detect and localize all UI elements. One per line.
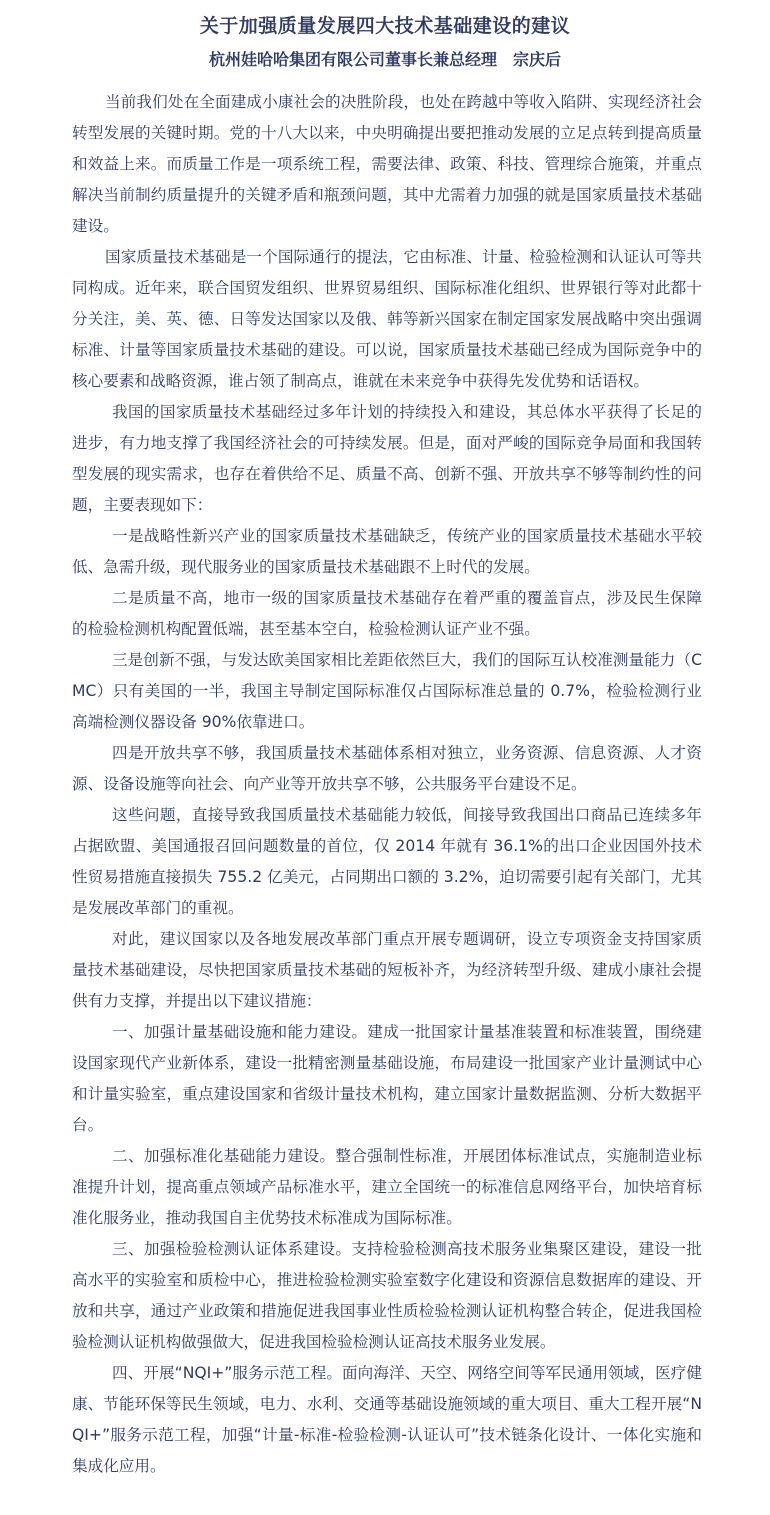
paragraph-issue-2: 二是质量不高，地市一级的国家质量技术基础存在着严重的覆盖盲点，涉及民生保障的检验… xyxy=(72,583,702,645)
paragraph-nqi-definition: 国家质量技术基础是一个国际通行的提法，它由标准、计量、检验检测和认证认可等共同构… xyxy=(72,242,702,397)
document-title: 关于加强质量发展四大技术基础建设的建议 xyxy=(0,12,770,40)
document-page: 关于加强质量发展四大技术基础建设的建议 杭州娃哈哈集团有限公司董事长兼总经理 宗… xyxy=(0,0,770,1515)
paragraph-measure-4: 四、开展“NQI+”服务示范工程。面向海洋、天空、网络空间等军民通用领域，医疗健… xyxy=(72,1358,702,1482)
paragraph-issue-3: 三是创新不强，与发达欧美国家相比差距依然巨大，我们的国际互认校准测量能力（CMC… xyxy=(72,645,702,738)
paragraph-consequences: 这些问题，直接导致我国质量技术基础能力较低，间接导致我国出口商品已连续多年占据欧… xyxy=(72,800,702,924)
paragraph-intro: 当前我们处在全面建成小康社会的决胜阶段，也处在跨越中等收入陷阱、实现经济社会转型… xyxy=(72,87,702,242)
paragraph-measure-3: 三、加强检验检测认证体系建设。支持检验检测高技术服务业集聚区建设，建设一批高水平… xyxy=(72,1234,702,1358)
document-body: 当前我们处在全面建成小康社会的决胜阶段，也处在跨越中等收入陷阱、实现经济社会转型… xyxy=(72,87,702,1482)
document-author: 杭州娃哈哈集团有限公司董事长兼总经理 宗庆后 xyxy=(0,46,770,74)
paragraph-measure-1: 一、加强计量基础设施和能力建设。建成一批国家计量基准装置和标准装置，围绕建设国家… xyxy=(72,1017,702,1141)
paragraph-issue-1: 一是战略性新兴产业的国家质量技术基础缺乏，传统产业的国家质量技术基础水平较低、急… xyxy=(72,521,702,583)
paragraph-measure-2: 二、加强标准化基础能力建设。整合强制性标准，开展团体标准试点，实施制造业标准提升… xyxy=(72,1141,702,1234)
paragraph-current-status: 我国的国家质量技术基础经过多年计划的持续投入和建设，其总体水平获得了长足的进步，… xyxy=(72,397,702,521)
paragraph-recommendation-intro: 对此，建议国家以及各地发展改革部门重点开展专题调研，设立专项资金支持国家质量技术… xyxy=(72,924,702,1017)
paragraph-issue-4: 四是开放共享不够，我国质量技术基础体系相对独立，业务资源、信息资源、人才资源、设… xyxy=(72,738,702,800)
